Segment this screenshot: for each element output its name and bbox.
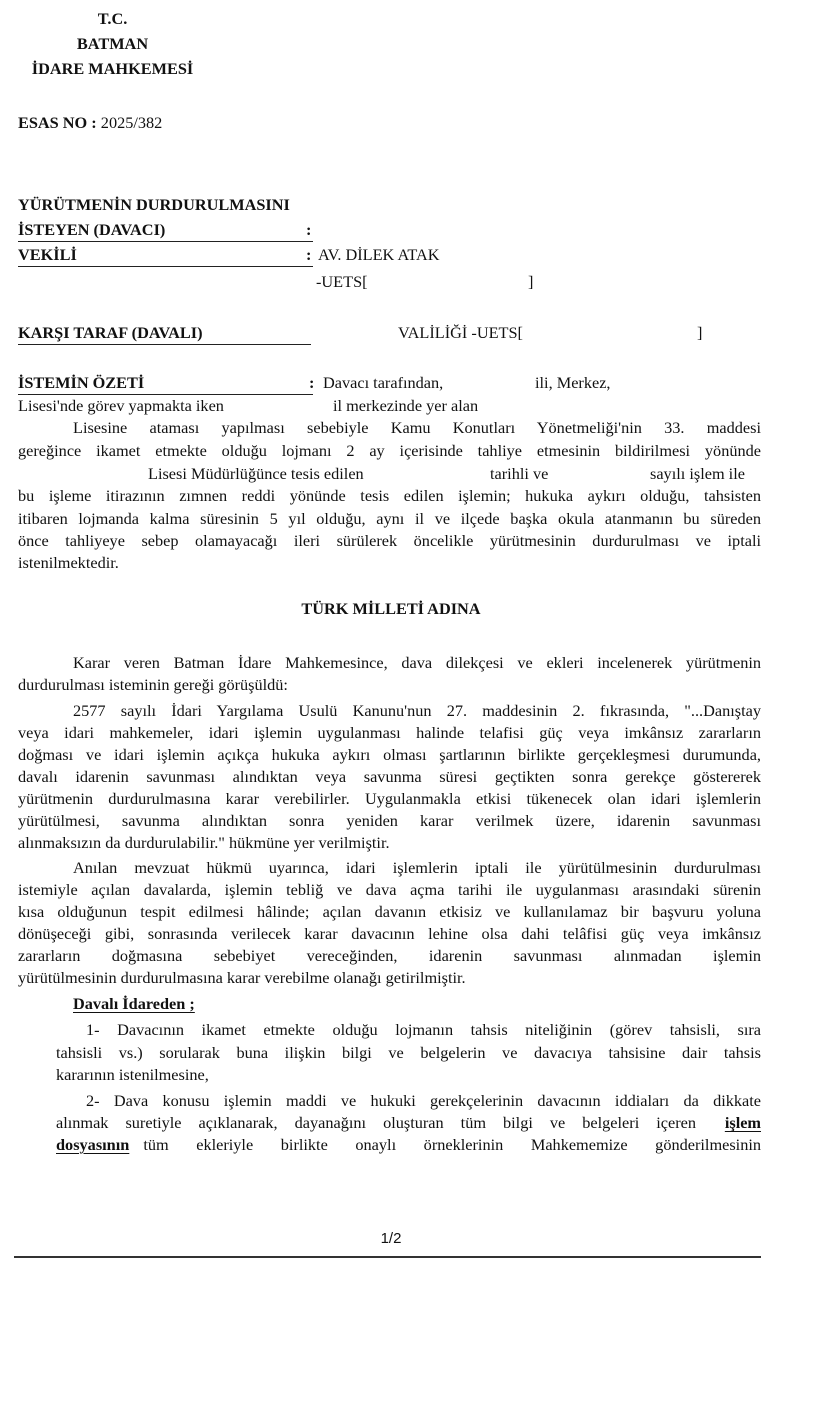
item2-line2: alınmak suretiyle açıklanarak, dayanağın… — [56, 1112, 761, 1135]
p3-line3: kısa olduğunun tespit edilmesi hâlinde; … — [18, 901, 761, 924]
attorney-uets-open: -UETS[ — [316, 271, 368, 294]
summary-line8: önce tahliyeye sebep olamayacağı ileri s… — [18, 530, 761, 553]
court-header: T.C. BATMAN İDARE MAHKEMESİ — [0, 6, 225, 81]
item2-line1: 2- Dava konusu işlemin maddi ve hukuki g… — [86, 1090, 761, 1113]
summary-line5-b: tarihli ve — [490, 463, 548, 486]
p2-line1: 2577 sayılı İdari Yargılama Usulü Kanunu… — [73, 700, 761, 723]
p3-line2: istemiyle açılan davalarda, işlemin tebl… — [18, 879, 761, 902]
item1-line3: kararının istenilmesine, — [56, 1064, 209, 1087]
p3-line6: yürütülmesinin durdurulmasına karar vere… — [18, 967, 466, 990]
summary-line2-a: Lisesi'nde görev yapmakta iken — [18, 395, 224, 418]
summary-colon: : — [309, 372, 314, 395]
footer-rule — [14, 1256, 761, 1258]
case-number-value: 2025/382 — [101, 113, 163, 132]
summary-line5-a: Lisesi Müdürlüğünce tesis edilen — [148, 463, 364, 486]
decision-title: TÜRK MİLLETİ ADINA — [0, 598, 782, 621]
defendant-uets-close: ] — [697, 322, 702, 345]
item1-line1: 1- Davacının ikamet etmekte olduğu lojma… — [86, 1019, 761, 1042]
case-number: ESAS NO : 2025/382 — [18, 112, 162, 135]
case-number-label: ESAS NO : — [18, 113, 97, 132]
p2-line4: davalı idarenin savunması alındıktan vey… — [18, 766, 761, 789]
p1-line2: durdurulması isteminin gereği görüşüldü: — [18, 674, 288, 697]
summary-line7: itibaren lojmanda kalma süresinin 5 yıl … — [18, 508, 761, 531]
item2-line2-bold: işlem — [725, 1112, 761, 1135]
attorney-uets-close: ] — [528, 271, 533, 294]
p2-line2: veya idari mahkemeler, idari işlemin uyg… — [18, 722, 761, 745]
header-court-name: İDARE MAHKEMESİ — [0, 56, 225, 81]
page-number: 1/2 — [0, 1228, 782, 1251]
item2-line3: dosyasının tüm ekleriyle birlikte onaylı… — [56, 1134, 761, 1157]
p2-line6: yürütülmesi, savunma alındıktan sonra ye… — [18, 810, 761, 833]
p1-line1: Karar veren Batman İdare Mahkemesince, d… — [73, 652, 761, 675]
summary-line3: Lisesine ataması yapılması sebebiyle Kam… — [73, 417, 761, 440]
header-city: BATMAN — [0, 31, 225, 56]
item1-line2: tahsisli vs.) sorularak buna ilişkin bil… — [56, 1042, 761, 1065]
plaintiff-colon: : — [306, 219, 311, 242]
p2-line5: yürütmenin durdurulmasına karar verebili… — [18, 788, 761, 811]
attorney-underline — [18, 266, 313, 267]
p3-line1: Anılan mevzuat hükmü uyarınca, idari işl… — [73, 857, 761, 880]
item2-line3-text: tüm ekleriyle birlikte onaylı örneklerin… — [143, 1134, 761, 1157]
defendant-label: KARŞI TARAF (DAVALI) — [18, 322, 203, 345]
summary-line5-c: sayılı işlem ile — [650, 463, 745, 486]
p3-line4: dönüşeceği gibi, sonrasında verilecek ka… — [18, 923, 761, 946]
item2-line3-bold: dosyasının — [56, 1134, 129, 1157]
summary-line1-a: Davacı tarafından, — [323, 372, 443, 395]
header-tc: T.C. — [0, 6, 225, 31]
defendant-value: VALİLİĞİ -UETS[ — [398, 322, 523, 345]
summary-line2-b: il merkezinde yer alan — [333, 395, 478, 418]
attorney-label: VEKİLİ — [18, 244, 77, 267]
plaintiff-label: İSTEYEN (DAVACI) — [18, 219, 165, 242]
plaintiff-underline — [18, 241, 313, 242]
p2-line7: alınmaksızın da durdurulabilir." hükmüne… — [18, 832, 390, 855]
p2-line3: doğması ve idari işlemin açıkça hukuka a… — [18, 744, 761, 767]
p3-line5: zararların doğmasına sebebiyet vereceğin… — [18, 945, 761, 968]
attorney-colon: : — [306, 244, 311, 267]
summary-line6: bu işleme itirazının zımnen reddi yönünd… — [18, 485, 761, 508]
summary-line9: istenilmektedir. — [18, 552, 119, 575]
stay-request-title: YÜRÜTMENİN DURDURULMASINI — [18, 194, 290, 217]
summary-line1-b: ili, Merkez, — [535, 372, 611, 395]
attorney-value: AV. DİLEK ATAK — [318, 244, 440, 267]
summary-line4: gereğince ikamet etmekte olduğu lojmanı … — [18, 440, 761, 463]
defendant-underline — [18, 344, 311, 345]
defendant-requests-heading: Davalı İdareden ; — [73, 993, 195, 1016]
item2-line2-text: alınmak suretiyle açıklanarak, dayanağın… — [56, 1112, 696, 1135]
summary-label: İSTEMİN ÖZETİ — [18, 372, 144, 395]
